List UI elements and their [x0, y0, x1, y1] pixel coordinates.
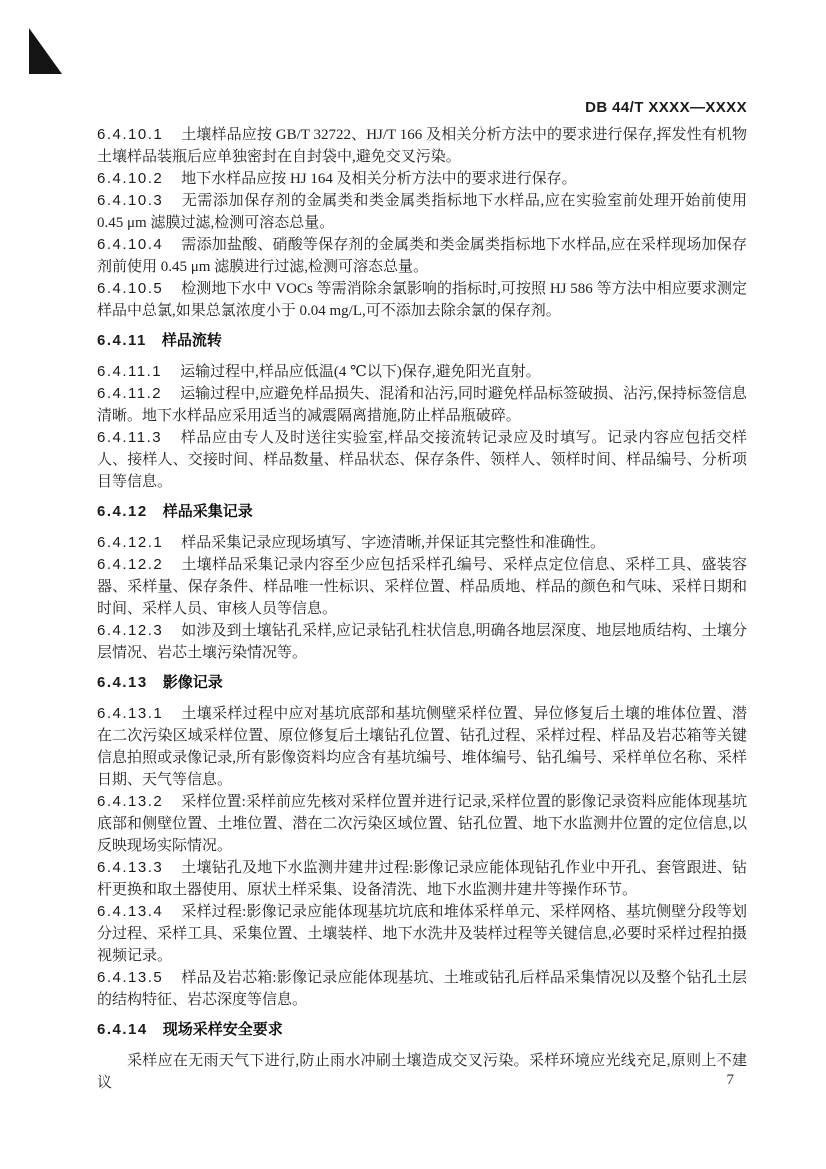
clause-text: 无需添加保存剂的金属类和类金属类指标地下水样品,应在实验室前处理开始前使用 0.…: [97, 193, 747, 231]
clause-text: 采样过程:影像记录应能体现基坑坑底和堆体采样单元、采样网格、基坑侧壁分段等划分过…: [97, 904, 747, 964]
clause-text: 土壤样品采集记录内容至少应包括采样孔编号、采样点定位信息、采样工具、盛装容器、采…: [97, 557, 747, 617]
clause-paragraph: 6.4.11.3样品应由专人及时送往实验室,样品交接流转记录应及时填写。记录内容…: [97, 427, 747, 493]
document-page: DB 44/T XXXX—XXXX 6.4.10.1土壤样品应按 GB/T 32…: [0, 0, 826, 1169]
scan-corner-fold-mark: [29, 28, 62, 74]
clause-text: 样品及岩芯箱:影像记录应能体现基坑、土堆或钻孔后样品采集情况以及整个钻孔土层的结…: [97, 970, 747, 1008]
document-code-header: DB 44/T XXXX—XXXX: [0, 99, 747, 116]
clause-text: 样品采集记录应现场填写、字迹清晰,并保证其完整性和准确性。: [181, 535, 605, 551]
clause-text: 样品采集记录: [163, 503, 253, 520]
clause-number: 6.4.13.1: [97, 705, 163, 722]
clause-text: 影像记录: [163, 674, 223, 691]
clause-paragraph: 6.4.12.2土壤样品采集记录内容至少应包括采样孔编号、采样点定位信息、采样工…: [97, 554, 747, 620]
clause-paragraph: 6.4.13.3土壤钻孔及地下水监测井建井过程:影像记录应能体现钻孔作业中开孔、…: [97, 857, 747, 901]
clause-paragraph: 6.4.10.4需添加盐酸、硝酸等保存剂的金属类和类金属类指标地下水样品,应在采…: [97, 234, 747, 278]
clause-number: 6.4.12.3: [97, 622, 163, 639]
clause-number: 6.4.14: [97, 1021, 148, 1038]
clause-text: 土壤钻孔及地下水监测井建井过程:影像记录应能体现钻孔作业中开孔、套管跟进、钻杆更…: [97, 860, 747, 898]
clause-paragraph: 6.4.13.5样品及岩芯箱:影像记录应能体现基坑、土堆或钻孔后样品采集情况以及…: [97, 967, 747, 1011]
clause-number: 6.4.12.2: [97, 556, 163, 573]
clause-number: 6.4.11: [97, 332, 147, 349]
clause-number: 6.4.13.3: [97, 859, 163, 876]
clause-text: 地下水样品应按 HJ 164 及相关分析方法中的要求进行保存。: [181, 171, 576, 187]
clause-text: 检测地下水中 VOCs 等需消除余氯影响的指标时,可按照 HJ 586 等方法中…: [97, 281, 747, 319]
clause-number: 6.4.13.5: [97, 969, 163, 986]
clause-number: 6.4.13.4: [97, 903, 163, 920]
clause-number: 6.4.10.2: [97, 170, 163, 187]
clause-paragraph: 6.4.12.3如涉及到土壤钻孔采样,应记录钻孔柱状信息,明确各地层深度、地层地…: [97, 620, 747, 664]
clause-paragraph: 6.4.10.5检测地下水中 VOCs 等需消除余氯影响的指标时,可按照 HJ …: [97, 278, 747, 322]
clause-number: 6.4.11.1: [97, 363, 162, 380]
page-number: 7: [0, 1072, 734, 1089]
clause-text: 样品应由专人及时送往实验室,样品交接流转记录应及时填写。记录内容应包括交样人、接…: [97, 430, 747, 490]
clause-text: 运输过程中,样品应低温(4 ℃以下)保存,避免阳光直射。: [180, 364, 541, 380]
clause-number: 6.4.11.3: [97, 429, 162, 446]
clause-paragraph: 6.4.13.4采样过程:影像记录应能体现基坑坑底和堆体采样单元、采样网格、基坑…: [97, 901, 747, 967]
clause-paragraph: 6.4.13.1土壤采样过程中应对基坑底部和基坑侧壁采样位置、异位修复后土壤的堆…: [97, 703, 747, 791]
clause-paragraph: 6.4.13.2采样位置:采样前应先核对采样位置并进行记录,采样位置的影像记录资…: [97, 791, 747, 857]
clause-text: 土壤采样过程中应对基坑底部和基坑侧壁采样位置、异位修复后土壤的堆体位置、潜在二次…: [97, 706, 747, 788]
clause-number: 6.4.10.4: [97, 236, 163, 253]
document-body: 6.4.10.1土壤样品应按 GB/T 32722、HJ/T 166 及相关分析…: [97, 124, 747, 1094]
clause-text: 样品流转: [162, 332, 222, 349]
clause-text: 需添加盐酸、硝酸等保存剂的金属类和类金属类指标地下水样品,应在采样现场加保存剂前…: [97, 237, 747, 275]
clause-text: 现场采样安全要求: [163, 1021, 283, 1038]
clause-text: 如涉及到土壤钻孔采样,应记录钻孔柱状信息,明确各地层深度、地层地质结构、土壤分层…: [97, 623, 747, 661]
clause-number: 6.4.12.1: [97, 534, 163, 551]
clause-number: 6.4.10.3: [97, 192, 163, 209]
section-heading: 6.4.12样品采集记录: [97, 501, 747, 523]
clause-paragraph: 6.4.10.2地下水样品应按 HJ 164 及相关分析方法中的要求进行保存。: [97, 168, 747, 190]
section-heading: 6.4.14现场采样安全要求: [97, 1019, 747, 1041]
clause-text: 采样位置:采样前应先核对采样位置并进行记录,采样位置的影像记录资料应能体现基坑底…: [97, 794, 747, 854]
clause-paragraph: 6.4.12.1样品采集记录应现场填写、字迹清晰,并保证其完整性和准确性。: [97, 532, 747, 554]
clause-text: 运输过程中,应避免样品损失、混淆和沾污,同时避免样品标签破损、沾污,保持标签信息…: [97, 386, 747, 424]
clause-number: 6.4.11.2: [97, 385, 162, 402]
clause-number: 6.4.13.2: [97, 793, 163, 810]
section-heading: 6.4.13影像记录: [97, 672, 747, 694]
clause-number: 6.4.10.1: [97, 126, 163, 143]
clause-paragraph: 6.4.11.1运输过程中,样品应低温(4 ℃以下)保存,避免阳光直射。: [97, 361, 747, 383]
clause-paragraph: 6.4.10.3无需添加保存剂的金属类和类金属类指标地下水样品,应在实验室前处理…: [97, 190, 747, 234]
clause-paragraph: 6.4.11.2运输过程中,应避免样品损失、混淆和沾污,同时避免样品标签破损、沾…: [97, 383, 747, 427]
clause-number: 6.4.10.5: [97, 280, 163, 297]
clause-text: 土壤样品应按 GB/T 32722、HJ/T 166 及相关分析方法中的要求进行…: [97, 127, 747, 165]
section-heading: 6.4.11样品流转: [97, 330, 747, 352]
clause-paragraph: 6.4.10.1土壤样品应按 GB/T 32722、HJ/T 166 及相关分析…: [97, 124, 747, 168]
clause-number: 6.4.13: [97, 674, 148, 691]
clause-number: 6.4.12: [97, 503, 148, 520]
